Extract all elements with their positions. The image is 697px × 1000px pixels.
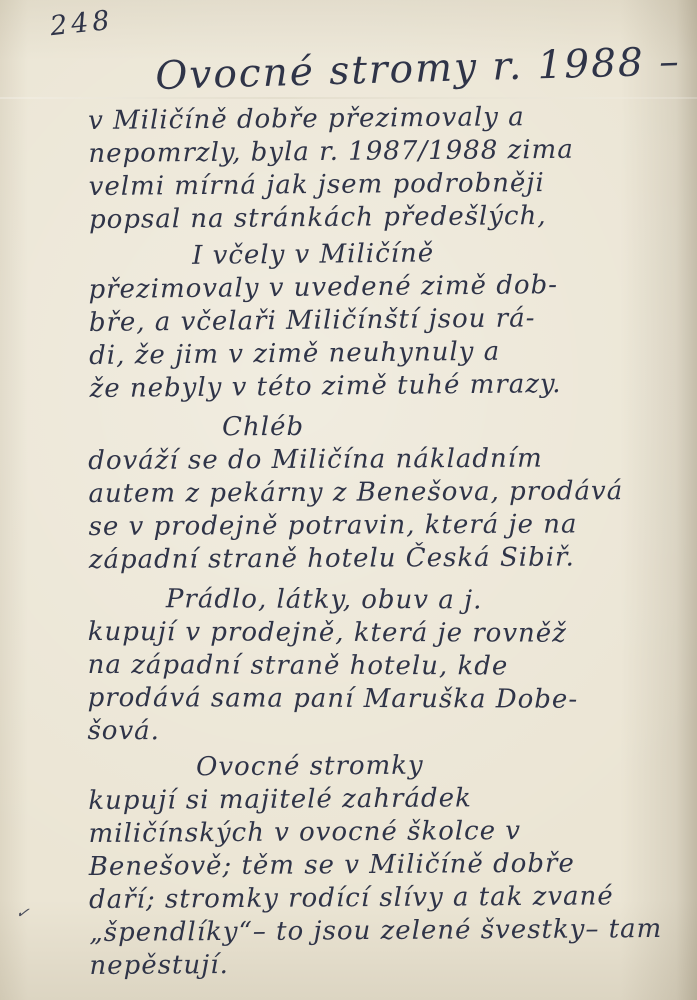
section-heading-pradlo: Prádlo, látky, obuv a j. bbox=[166, 583, 679, 618]
section-ovocne-stromy: v Miličíně dobře přezimovaly a nepomrzly… bbox=[88, 100, 680, 237]
section-ovocne-stromky: Ovocné stromky kupují si majitelé zahrád… bbox=[88, 748, 681, 983]
page-title: Ovocné stromy r. 1988 – bbox=[155, 39, 679, 99]
section-pradlo: Prádlo, látky, obuv a j. kupují v prodej… bbox=[87, 583, 679, 750]
page-number: 248 bbox=[49, 5, 115, 42]
section-heading-vcely: I včely v Miličíně bbox=[192, 235, 679, 273]
margin-check-mark: ✓ bbox=[15, 902, 31, 923]
section-heading-ovocne-stromky: Ovocné stromky bbox=[196, 748, 679, 784]
paragraph-chleb: dováží se do Miličína nákladním autem z … bbox=[88, 442, 680, 577]
chronicle-page: 248 Ovocné stromy r. 1988 – v Miličíně d… bbox=[0, 0, 697, 1000]
paragraph-ovocne-stromky: kupují si majitelé zahrádek miličínských… bbox=[88, 781, 680, 983]
section-chleb: Chléb dováží se do Miličína nákladním au… bbox=[88, 409, 680, 577]
paragraph-vcely: přezimovaly v uvedené zimě dob- bře, a v… bbox=[88, 268, 680, 406]
section-vcely: I včely v Miličíně přezimovaly v uvedené… bbox=[88, 235, 681, 406]
paragraph-ovocne-stromy: v Miličíně dobře přezimovaly a nepomrzly… bbox=[88, 100, 680, 237]
section-heading-chleb: Chléb bbox=[222, 409, 679, 444]
paragraph-pradlo: kupují v prodejně, která je rovněž na zá… bbox=[87, 616, 678, 750]
